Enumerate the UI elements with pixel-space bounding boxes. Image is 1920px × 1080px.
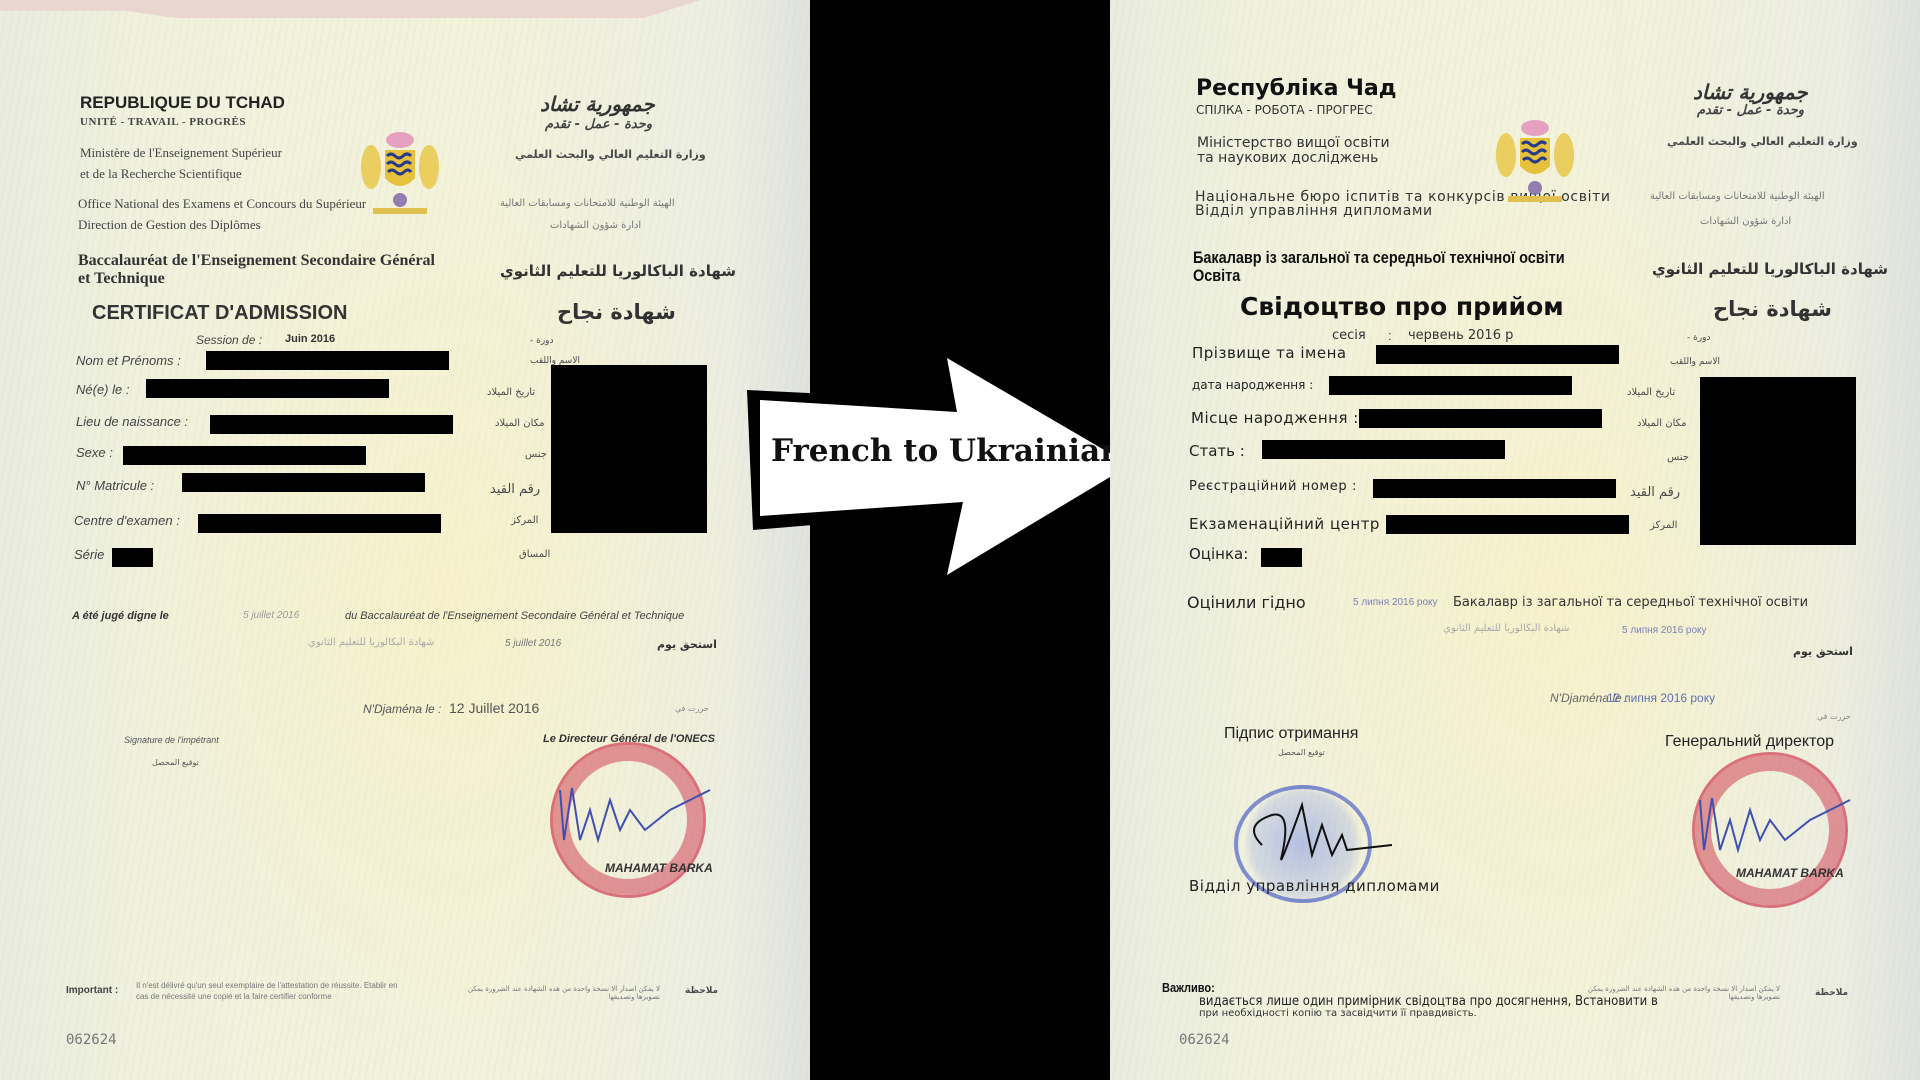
ministry-line1: Ministère de l'Enseignement Supérieur [80,145,282,161]
uk-important-line2: при необхідності копію та засвідчити її … [1199,1008,1477,1019]
uk-important-label: Важливо: [1162,980,1215,995]
translation-arrow: French to Ukrainian [735,320,1155,600]
certificate-title: CERTIFICAT D'ADMISSION [92,302,348,325]
uk-diploma-dept-label: Відділ управління дипломами [1189,877,1440,895]
field-label-sex: Sexe : [76,445,113,460]
arabic-certificate-title: شهادة نجاح [1713,297,1832,321]
field-label-exam-center: Centre d'examen : [74,513,180,528]
judged-date-2: 5 juillet 2016 [505,638,561,649]
arabic-important: لا يمكن اصدار الا نسخة واحدة من هذه الشه… [1580,985,1780,1001]
uk-motto: СПІЛКА - РОБОТА - ПРОГРЕС [1196,103,1373,117]
uk-judged-date-2: 5 липня 2016 року [1622,625,1707,636]
office-line1: Office National des Examens et Concours … [78,196,366,212]
redacted-birth-place [1359,409,1602,428]
paper-edge [0,0,700,18]
uk-field-label-name: Прізвище та імена [1192,344,1347,362]
arabic-field-birth-date: تاريخ الميلاد [487,387,535,398]
redacted-photo [1700,377,1856,545]
uk-republic-title: Республіка Чад [1196,76,1396,101]
arabic-field-birth-date: تاريخ الميلاد [1627,387,1675,398]
director-signature-icon [550,770,720,870]
redacted-series [112,548,153,567]
uk-degree-line2: Освіта [1193,266,1240,286]
uk-field-label-registration: Реєстраційний номер : [1189,479,1357,494]
uk-judged-label: Оцінили гідно [1187,593,1306,612]
arabic-field-center: المركز [511,515,538,526]
signature-label: Signature de l'impétrant [124,735,219,745]
degree-line2: et Technique [78,270,165,288]
arabic-degree: شهادة الباكالوريا للتعليم الثانوي [1652,260,1888,278]
uk-field-label-birth-date: дата народження : [1192,378,1313,392]
director-signature-icon [1690,780,1860,880]
session-label: Session de : [196,333,262,347]
arabic-important: لا يمكن اصدار الا نسخة واحدة من هذه الشه… [460,985,660,1001]
arabic-field-sex: جنس [525,449,547,460]
arabic-field-birth-place: مكان الميلاد [495,418,545,429]
translation-label: French to Ukrainian [771,433,1123,469]
field-label-name: Nom et Prénoms : [76,353,181,368]
arabic-judged-degree: شهادة البكالوريا للتعليم الثانوي [1443,623,1569,634]
important-label: Important : [66,985,118,996]
uk-judged-date: 5 липня 2016 року [1353,597,1438,608]
judged-degree: du Baccalauréat de l'Enseignement Second… [345,610,684,622]
important-line2: cas de nécessité une copie et la faire c… [136,992,332,1001]
arabic-place-label: حررت في [1817,712,1851,721]
office-line2: Direction de Gestion des Diplômes [78,217,261,233]
uk-certificate-title: Свідоцтво про прийом [1240,292,1564,321]
redacted-photo [551,365,707,533]
arabic-field-matricule: رقم القيد [490,482,540,497]
serial-number: 062624 [66,1032,117,1048]
field-label-matricule: N° Matricule : [76,478,154,493]
arabic-session-label: دورة - [1687,333,1711,343]
redacted-birth-place [210,415,453,434]
judged-date: 5 juillet 2016 [243,610,299,621]
national-motto: UNITÉ - TRAVAIL - PROGRÈS [80,116,246,128]
arabic-signature-label: توقيع المحصل [1278,748,1325,757]
arabic-republic-title: جمهورية تشاد [1693,80,1808,104]
arabic-important-label: ملاحظة [685,986,718,996]
arabic-motto: وحدة - عمل - تقدم [1697,103,1804,118]
arabic-signature-label: توقيع المحصل [152,758,199,767]
uk-field-label-grade: Оцінка: [1189,545,1248,563]
arabic-judged-label: استحق يوم [657,638,717,651]
arabic-session-label: دورة - [530,336,554,346]
arabic-ministry: وزارة التعليم العالي والبحث العلمي [1667,135,1858,148]
uk-place-date-value: 12 липня 2016 року [1607,691,1715,705]
arabic-field-sex: جنس [1667,452,1689,463]
arabic-field-name: الاسم واللقب [1670,357,1720,367]
redacted-name [1376,345,1619,364]
redacted-exam-center [1386,515,1629,534]
ministry-line2: et de la Recherche Scientifique [80,166,242,182]
place-date-value: 12 Juillet 2016 [449,700,539,716]
arabic-place-label: حررت في [675,704,709,713]
uk-degree-line1: Бакалавр із загальної та середньої техні… [1193,248,1565,268]
uk-judged-degree: Бакалавр із загальної та середньої техні… [1453,595,1808,610]
redacted-matricule [182,473,425,492]
arabic-office-line1: الهيئة الوطنية للامتحانات ومسابقات العال… [500,198,675,209]
serial-number: 062624 [1179,1032,1230,1048]
redacted-sex [1262,440,1505,459]
uk-director-label: Генеральний директор [1665,733,1834,751]
field-label-series: Série [74,547,104,562]
arabic-motto: وحدة - عمل - تقدم [545,117,652,132]
arabic-republic-title: جمهورية تشاد [540,92,655,116]
uk-field-label-exam-center: Екзаменаційний центр : [1189,515,1391,533]
arabic-field-birth-place: مكان الميلاد [1637,418,1687,429]
redacted-birth-date [146,379,389,398]
director-name: MAHAMAT BARKA [605,861,713,875]
uk-field-label-sex: Стать : [1189,442,1245,460]
arabic-office-line1: الهيئة الوطنية للامتحانات ومسابقات العال… [1650,191,1825,202]
field-label-birth-place: Lieu de naissance : [76,414,188,429]
arabic-field-series: المساق [519,549,550,560]
arabic-office-line2: ادارة شؤون الشهادات [1700,216,1791,227]
uk-session-value: червень 2016 р [1408,328,1513,343]
republic-title: REPUBLIQUE DU TCHAD [80,93,285,113]
coat-of-arms-icon [355,122,445,222]
translated-ukrainian-certificate: Республіка Чад СПІЛКА - РОБОТА - ПРОГРЕС… [1110,0,1920,1080]
arabic-ministry: وزارة التعليم العالي والبحث العلمي [515,148,706,161]
uk-office-line2: Відділ управління дипломами [1195,203,1433,219]
uk-ministry-line2: та наукових досліджень [1197,150,1378,166]
redacted-exam-center [198,514,441,533]
field-label-birth-date: Né(e) le : [76,382,129,397]
degree-line1: Baccalauréat de l'Enseignement Secondair… [78,252,435,270]
uk-signature-label: Підпис отримання [1224,725,1358,743]
arabic-important-label: ملاحظة [1815,988,1848,998]
uk-ministry-line1: Міністерство вищої освіти [1197,135,1390,151]
coat-of-arms-icon [1490,110,1580,210]
uk-field-label-birth-place: Місце народження : [1191,409,1359,427]
redacted-registration [1373,479,1616,498]
arabic-field-center: المركز [1650,520,1677,531]
arabic-office-line2: ادارة شؤون الشهادات [550,220,641,231]
redacted-name [206,351,449,370]
director-name: MAHAMAT BARKA [1736,866,1844,880]
redacted-sex [123,446,366,465]
place-date-label: N'Djaména le : [363,702,441,716]
uk-session-label: сесія [1332,328,1366,343]
important-line1: Il n'est délivré qu'un seul exemplaire d… [136,981,398,990]
arabic-field-matricule: رقم القيد [1630,485,1680,500]
arabic-judged-degree: شهادة البكالوريا للتعليم الثانوي [308,637,434,648]
redacted-grade [1261,548,1302,567]
judged-label: A été jugé digne le [72,610,169,622]
session-value: Juin 2016 [285,333,335,345]
uk-session-separator: : [1388,328,1392,343]
original-french-certificate: REPUBLIQUE DU TCHAD UNITÉ - TRAVAIL - PR… [0,0,810,1080]
arabic-degree: شهادة الباكالوريا للتعليم الثانوي [500,262,736,280]
arabic-judged-label: استحق يوم [1793,645,1853,658]
redacted-birth-date [1329,376,1572,395]
arabic-certificate-title: شهادة نجاح [557,300,676,324]
